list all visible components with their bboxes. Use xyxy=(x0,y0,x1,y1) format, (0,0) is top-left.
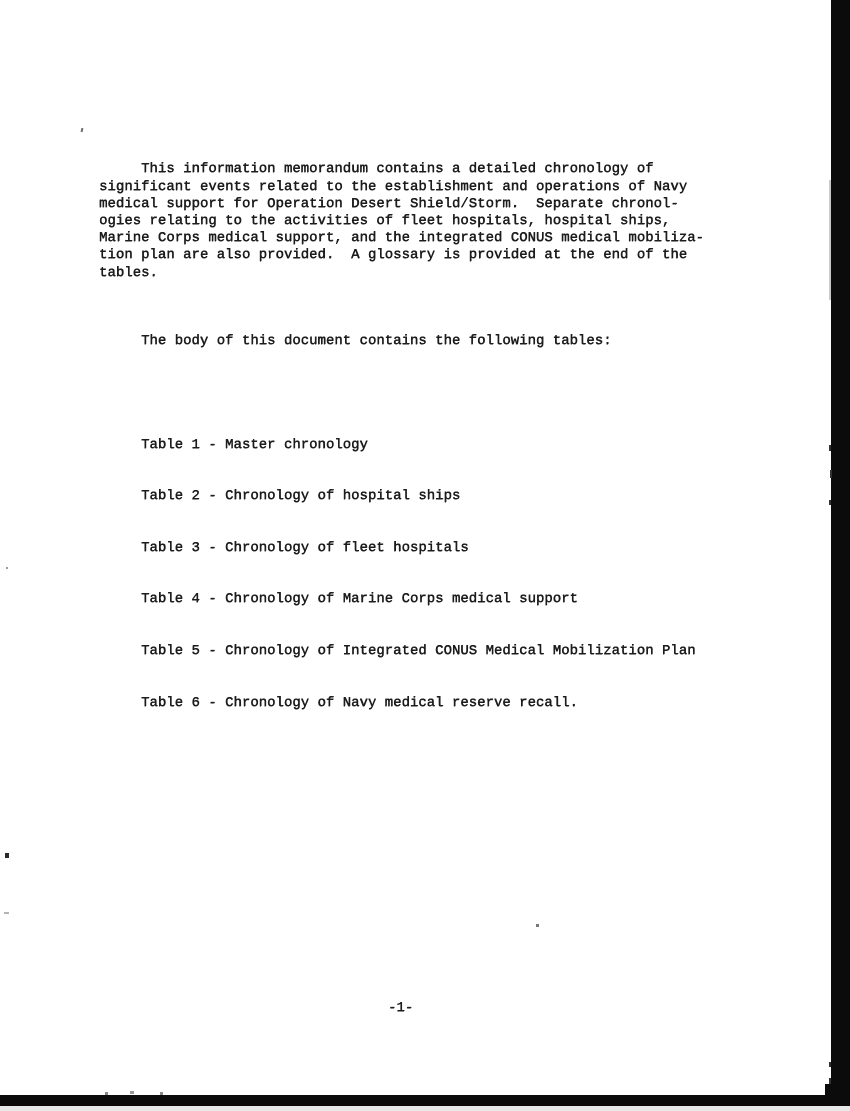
scan-artifact xyxy=(536,924,539,927)
scan-artifact xyxy=(5,853,9,858)
table-list-item: Table 3 - Chronology of fleet hospitals xyxy=(99,540,739,557)
scan-artifact xyxy=(81,128,84,132)
scan-artifact xyxy=(829,445,831,451)
table-list-item: Table 1 - Master chronology xyxy=(99,437,739,454)
scan-artifact xyxy=(105,1092,108,1095)
scan-artifact xyxy=(829,500,831,505)
scan-artifact xyxy=(6,567,8,569)
table-list-item: Table 4 - Chronology of Marine Corps med… xyxy=(99,591,739,608)
table-list-item: Table 2 - Chronology of hospital ships xyxy=(99,488,739,505)
table-list-item: Table 5 - Chronology of Integrated CONUS… xyxy=(99,643,739,660)
scan-artifact xyxy=(830,470,832,478)
scan-artifact xyxy=(829,1078,831,1084)
table-list: Table 1 - Master chronology Table 2 - Ch… xyxy=(99,402,739,746)
memo-paragraph: This information memorandum contains a d… xyxy=(99,161,739,281)
scan-artifact xyxy=(829,180,831,300)
scan-artifact xyxy=(4,912,9,914)
scan-artifact xyxy=(130,1091,134,1094)
scan-artifact xyxy=(829,1062,831,1067)
scan-artifact xyxy=(160,1092,163,1095)
page-number: -1- xyxy=(388,1000,413,1017)
scan-border-bottom xyxy=(0,1095,850,1106)
tables-intro-line: The body of this document contains the f… xyxy=(99,333,739,350)
memo-body: This information memorandum contains a d… xyxy=(99,127,739,781)
table-list-item: Table 6 - Chronology of Navy medical res… xyxy=(99,695,739,712)
scanned-page: This information memorandum contains a d… xyxy=(0,0,850,1111)
scan-footer-strip xyxy=(0,1106,850,1111)
scan-border-right xyxy=(831,0,850,1105)
